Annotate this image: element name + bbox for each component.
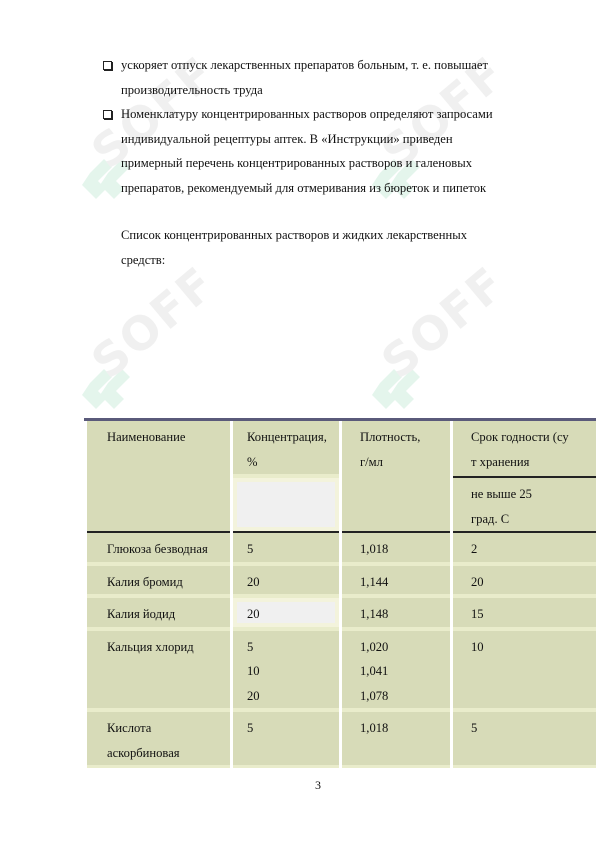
cell-density: 1,018 — [342, 712, 450, 768]
watermark-text: SOFF — [371, 256, 515, 389]
cell-line: Кальция хлорид — [107, 635, 224, 660]
cell-line: Наименование — [107, 425, 224, 450]
cell-line: г/мл — [360, 450, 444, 475]
cell-line: не выше 25 — [471, 482, 596, 507]
table-row: Калия бромид201,14420 — [87, 566, 596, 599]
bullet-line: Номенклатуру концентрированных растворов… — [103, 102, 543, 127]
cell-shelf-life: 20 — [453, 566, 596, 599]
cell-line: 20 — [247, 684, 333, 709]
cell-line: 1,020 — [360, 635, 444, 660]
table-header-row: НаименованиеКонцентрация,%Плотность,г/мл… — [87, 421, 596, 478]
checkbox-square-icon — [103, 110, 112, 119]
cell-name: Кислотааскорбиновая — [87, 712, 230, 768]
cell-line: Срок годности (су — [471, 425, 596, 450]
intro-line: средств: — [121, 248, 541, 273]
header-name: Наименование — [87, 421, 230, 533]
cell-line: т хранения — [471, 450, 596, 475]
bullet-item: ускоряет отпуск лекарственных препаратов… — [103, 53, 543, 102]
cell-line: 5 — [247, 716, 333, 741]
cell-line: 1,078 — [360, 684, 444, 709]
cell-line: 1,018 — [360, 716, 444, 741]
cell-concentration: 5 — [233, 533, 339, 566]
header-density: Плотность,г/мл — [342, 421, 450, 533]
cell-line: 1,148 — [360, 602, 444, 627]
cell-line: 20 — [247, 602, 333, 627]
cell-name: Калия йодид — [87, 598, 230, 631]
bullet-line: примерный перечень концентрированных рас… — [103, 151, 543, 176]
bullet-item: Номенклатуру концентрированных растворов… — [103, 102, 543, 200]
cell-density: 1,144 — [342, 566, 450, 599]
cell-line: 10 — [247, 659, 333, 684]
intro-line: Список концентрированных растворов и жид… — [121, 223, 541, 248]
table-row: Калия йодид201,14815 — [87, 598, 596, 631]
bullet-line: индивидуальной рецептуры аптек. В «Инстр… — [103, 127, 543, 152]
cell-concentration: 51020 — [233, 631, 339, 713]
cell-density: 1,0201,0411,078 — [342, 631, 450, 713]
cell-line: 20 — [247, 570, 333, 595]
cell-line: Калия йодид — [107, 602, 224, 627]
cell-line: 15 — [471, 602, 596, 627]
cell-line: 1,144 — [360, 570, 444, 595]
cell-name: Кальция хлорид — [87, 631, 230, 713]
cell-line: Калия бромид — [107, 570, 224, 595]
list-intro: Список концентрированных растворов и жид… — [121, 223, 541, 272]
cell-line: % — [247, 450, 333, 475]
table-row: Кальция хлорид510201,0201,0411,07810 — [87, 631, 596, 713]
cell-name: Калия бромид — [87, 566, 230, 599]
cell-shelf-life: 15 — [453, 598, 596, 631]
header-concentration: Концентрация,% — [233, 421, 339, 478]
checkbox-square-icon — [103, 61, 112, 70]
drugs-table: НаименованиеКонцентрация,%Плотность,г/мл… — [84, 418, 596, 768]
header-shelf-life: Срок годности (сут хранения — [453, 421, 596, 478]
soff-logo-icon — [82, 353, 134, 409]
cell-line: Глюкоза безводная — [107, 537, 224, 562]
cell-concentration: 20 — [233, 598, 339, 631]
page-number: 3 — [315, 778, 321, 793]
cell-line: аскорбиновая — [107, 741, 224, 766]
bullet-line: производительность труда — [103, 78, 543, 103]
cell-line: 5 — [471, 716, 596, 741]
table-row: Кислотааскорбиновая51,0185 — [87, 712, 596, 768]
cell-line: 1,018 — [360, 537, 444, 562]
cell-line: 10 — [471, 635, 596, 660]
cell-line: Концентрация, — [247, 425, 333, 450]
cell-line: 2 — [471, 537, 596, 562]
cell-concentration: 20 — [233, 566, 339, 599]
cell-line: Плотность, — [360, 425, 444, 450]
soff-logo-icon — [372, 353, 424, 409]
cell-line: 1,041 — [360, 659, 444, 684]
watermark-soff: SOFF — [372, 295, 532, 415]
drugs-table-wrapper: НаименованиеКонцентрация,%Плотность,г/мл… — [84, 418, 596, 768]
cell-shelf-life: 5 — [453, 712, 596, 768]
cell-shelf-life: 2 — [453, 533, 596, 566]
cell-density: 1,018 — [342, 533, 450, 566]
bullet-line: ускоряет отпуск лекарственных препаратов… — [103, 53, 543, 78]
header-shelf-life-sub: не выше 25град. С — [453, 478, 596, 533]
cell-line: град. С — [471, 507, 596, 532]
cell-density: 1,148 — [342, 598, 450, 631]
bullet-line: препаратов, рекомендуемый для отмеривани… — [103, 176, 543, 201]
cell-concentration: 5 — [233, 712, 339, 768]
cell-line: Кислота — [107, 716, 224, 741]
watermark-soff: SOFF — [82, 295, 242, 415]
table-row: Глюкоза безводная51,0182 — [87, 533, 596, 566]
watermark-text: SOFF — [81, 256, 225, 389]
header-concentration-empty — [233, 478, 339, 533]
cell-shelf-life: 10 — [453, 631, 596, 713]
cell-line: 5 — [247, 537, 333, 562]
cell-line: 5 — [247, 635, 333, 660]
cell-name: Глюкоза безводная — [87, 533, 230, 566]
cell-line: 20 — [471, 570, 596, 595]
